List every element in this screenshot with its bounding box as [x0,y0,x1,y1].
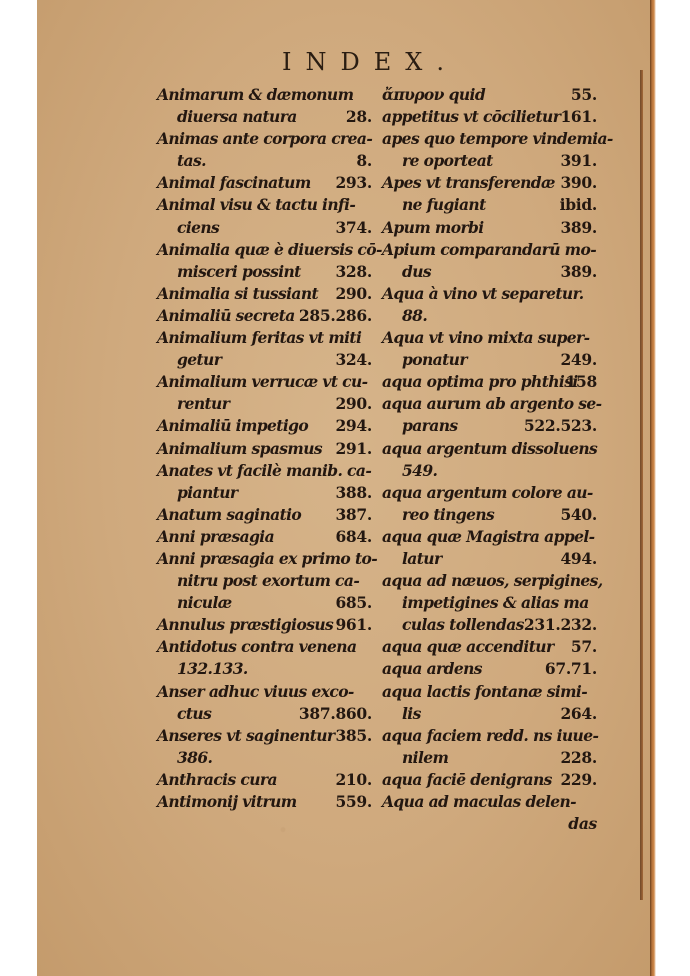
index-entry-line: ne fugiantibid. [382,194,597,216]
index-entry-text: Anthracis cura [157,769,277,791]
index-page-number: 559. [335,791,372,813]
index-entry-text: niculæ [177,592,232,614]
index-entry-line: Animas ante corpora crea- [157,128,372,150]
page-edge [650,0,656,976]
index-entry-text: aqua argentum dissoluens [382,438,597,460]
index-entry-text: lis [402,703,421,725]
index-entry-text: Apum morbi [382,217,484,239]
index-entry-text: appetitus vt cōcilietur [382,106,560,128]
index-entry-text: 132.133. [177,658,248,680]
index-page-number: 285.286. [299,305,372,327]
index-page-number: 249. [560,349,597,371]
index-entry-line: aqua faciem redd. ns iuue- [382,725,597,747]
index-entry-text: Animarum & dæmonum [157,84,353,106]
index-page-number: ibid. [560,194,597,216]
index-page-number: 229. [560,769,597,791]
index-page-number: 385. [335,725,372,747]
index-entry-text: Animalium feritas vt miti [157,327,361,349]
index-entry-text: aqua faciem redd. ns iuue- [382,725,598,747]
index-entry-text: piantur [177,482,237,504]
index-entry-text: ctus [177,703,211,725]
page-title: INDEX. [282,48,472,76]
index-entry-line: 386. [157,747,372,769]
index-entry-line: Anthracis cura210. [157,769,372,791]
index-entry-text: aqua argentum colore au- [382,482,593,504]
index-page-number: 210. [335,769,372,791]
index-entry-line: Animal fascinatum293. [157,172,372,194]
index-entry-text: Apes vt transferendæ [382,172,555,194]
index-entry-line: ctus387.860. [157,703,372,725]
index-entry-text: aqua ad næuos, serpigines, [382,570,603,592]
index-entry-line: Animalium verrucæ vt cu- [157,371,372,393]
index-page-number: 294. [335,415,372,437]
index-entry-text: re oporteat [402,150,493,172]
index-entry-text: Aqua vt vino mixta super- [382,327,589,349]
index-column-right: ἄπυρον quid55.appetitus vt cōcilietur161… [382,84,597,835]
index-page-number: 231.232. [524,614,597,636]
index-entry-text: aqua quæ Magistra appel- [382,526,594,548]
index-entry-text: culas tollendas [402,614,524,636]
index-entry-line: 88. [382,305,597,327]
index-entry-line: nitru post exortum ca- [157,570,372,592]
index-entry-line: latur494. [382,548,597,570]
index-entry-line: lis264. [382,703,597,725]
index-entry-line: Animalium feritas vt miti [157,327,372,349]
index-entry-line: Anates vt facilè manib. ca- [157,460,372,482]
index-entry-line: Apium comparandarū mo- [382,239,597,261]
index-entry-line: re oporteat391. [382,150,597,172]
index-column-left: Animarum & dæmonumdiuersa natura28.Anima… [157,84,372,813]
index-entry-text: Animas ante corpora crea- [157,128,372,150]
index-entry-line: Anseres vt saginentur385. [157,725,372,747]
index-entry-text: ἄπυρον quid [382,84,485,106]
index-entry-line: impetigines & alias ma [382,592,597,614]
index-entry-text: Anni præsagia ex primo to- [157,548,377,570]
index-entry-text: nilem [402,747,448,769]
index-entry-text: reo tingens [402,504,494,526]
index-page-number: 389. [560,217,597,239]
index-entry-line: Animalium spasmus291. [157,438,372,460]
index-entry-line: piantur388. [157,482,372,504]
index-entry-text: Anatum saginatio [157,504,301,526]
index-entry-line: ἄπυρον quid55. [382,84,597,106]
index-entry-text: ne fugiant [402,194,486,216]
index-entry-line: Apum morbi389. [382,217,597,239]
index-entry-line: Anser adhuc viuus exco- [157,681,372,703]
index-entry-line: aqua aurum ab argento se- [382,393,597,415]
index-page-number: 55. [571,84,597,106]
page-fold-shadow [640,70,643,900]
index-entry-line: Annulus præstigiosus961. [157,614,372,636]
index-page-number: 291. [335,438,372,460]
index-page-number: 290. [335,393,372,415]
index-page-number: 684. [335,526,372,548]
index-entry-text: Anser adhuc viuus exco- [157,681,354,703]
index-entry-line: Apes vt transferendæ390. [382,172,597,194]
index-page-number: 67.71. [545,658,597,680]
index-entry-text: Aqua à vino vt separetur. [382,283,584,305]
index-entry-line: 132.133. [157,658,372,680]
index-entry-text: Animalium spasmus [157,438,322,460]
index-page-number: 389. [560,261,597,283]
index-entry-text: Apium comparandarū mo- [382,239,596,261]
index-entry-line: Aqua ad maculas delen- [382,791,597,813]
index-page-number: 228. [560,747,597,769]
index-entry-text: Aqua ad maculas delen- [382,791,576,813]
index-page-number: 387. [335,504,372,526]
index-page-number: 685. [335,592,372,614]
index-page-number: 387.860. [299,703,372,725]
index-entry-line: ciens374. [157,217,372,239]
index-entry-text: tas. [177,150,206,172]
index-entry-text: Anates vt facilè manib. ca- [157,460,371,482]
index-page-number: 961. [335,614,372,636]
index-entry-line: nilem228. [382,747,597,769]
index-entry-text: 549. [402,460,437,482]
index-entry-line: apes quo tempore vindemia- [382,128,597,150]
index-entry-line: Antimonij vitrum559. [157,791,372,813]
index-entry-text: aqua faciē denigrans [382,769,552,791]
index-entry-line: tas.8. [157,150,372,172]
index-entry-line: Animalia quæ è diuersis cō- [157,239,372,261]
index-entry-text: Animal visu & tactu infi- [157,194,355,216]
index-entry-line: aqua argentum colore au- [382,482,597,504]
index-entry-line: Anni præsagia684. [157,526,372,548]
index-entry-line: getur324. [157,349,372,371]
index-entry-text: nitru post exortum ca- [177,570,359,592]
index-entry-line: niculæ685. [157,592,372,614]
index-entry-text: Animalia quæ è diuersis cō- [157,239,382,261]
index-entry-text: dus [402,261,431,283]
index-entry-line: Aqua à vino vt separetur. [382,283,597,305]
index-entry-text: impetigines & alias ma [402,592,589,614]
index-entry-line: misceri possint328. [157,261,372,283]
index-entry-line: dus389. [382,261,597,283]
index-entry-text: Animalium verrucæ vt cu- [157,371,368,393]
index-entry-line: Animalia si tussiant290. [157,283,372,305]
index-page-number: 540. [560,504,597,526]
index-entry-text: Animaliū secreta [157,305,295,327]
index-entry-text: Antimonij vitrum [157,791,297,813]
index-entry-line: aqua quæ Magistra appel- [382,526,597,548]
index-page-number: 324. [335,349,372,371]
index-entry-line: Anatum saginatio387. [157,504,372,526]
index-entry-text: aqua optima pro phthisi [382,371,578,393]
index-entry-text: Animalia si tussiant [157,283,318,305]
index-page-number: 328. [335,261,372,283]
index-entry-text: diuersa natura [177,106,297,128]
index-entry-line: ponatur249. [382,349,597,371]
index-entry-text: ponatur [402,349,467,371]
index-page-number: das [568,813,597,835]
index-entry-text: getur [177,349,221,371]
index-entry-line: Aqua vt vino mixta super- [382,327,597,349]
index-page-number: 57. [571,636,597,658]
index-page-number: 8. [356,150,372,172]
index-entry-text: Anni præsagia [157,526,274,548]
index-entry-text: Antidotus contra venena [157,636,356,658]
index-entry-line: culas tollendas231.232. [382,614,597,636]
index-page-number: 161. [560,106,597,128]
index-entry-text: aqua quæ accenditur [382,636,554,658]
index-entry-line: aqua ardens67.71. [382,658,597,680]
index-entry-text: Animaliū impetigo [157,415,308,437]
index-page-number: 158 [566,371,597,393]
index-entry-text: Annulus præstigiosus [157,614,333,636]
index-page-number: 290. [335,283,372,305]
index-page-number: 264. [560,703,597,725]
index-entry-text: 386. [177,747,212,769]
index-entry-text: ciens [177,217,219,239]
index-entry-line: Animal visu & tactu infi- [157,194,372,216]
index-entry-text: 88. [402,305,427,327]
index-entry-line: aqua faciē denigrans229. [382,769,597,791]
index-page-number: 494. [560,548,597,570]
index-entry-text: aqua aurum ab argento se- [382,393,602,415]
index-page-number: 390. [560,172,597,194]
index-entry-text: aqua ardens [382,658,482,680]
index-entry-line: aqua lactis fontanæ simi- [382,681,597,703]
index-entry-text: latur [402,548,442,570]
index-entry-text: rentur [177,393,229,415]
index-entry-line: aqua argentum dissoluens [382,438,597,460]
index-entry-line: Anni præsagia ex primo to- [157,548,372,570]
index-entry-text: aqua lactis fontanæ simi- [382,681,587,703]
index-entry-text: apes quo tempore vindemia- [382,128,613,150]
index-entry-text: Anseres vt saginentur [157,725,335,747]
index-entry-line: reo tingens540. [382,504,597,526]
index-entry-line: Animarum & dæmonum [157,84,372,106]
index-entry-line: rentur290. [157,393,372,415]
index-entry-line: Animaliū secreta285.286. [157,305,372,327]
index-entry-line: diuersa natura28. [157,106,372,128]
index-entry-line: das [382,813,597,835]
index-page-number: 391. [560,150,597,172]
index-entry-line: Animaliū impetigo294. [157,415,372,437]
index-page-number: 388. [335,482,372,504]
index-entry-line: appetitus vt cōcilietur161. [382,106,597,128]
index-entry-line: 549. [382,460,597,482]
index-entry-line: aqua quæ accenditur57. [382,636,597,658]
index-entry-text: misceri possint [177,261,301,283]
index-page-number: 293. [335,172,372,194]
index-page-number: 522.523. [524,415,597,437]
index-entry-line: Antidotus contra venena [157,636,372,658]
index-entry-text: parans [402,415,458,437]
index-entry-line: aqua ad næuos, serpigines, [382,570,597,592]
index-page-number: 28. [346,106,372,128]
index-entry-line: aqua optima pro phthisi158 [382,371,597,393]
index-entry-line: parans522.523. [382,415,597,437]
index-entry-text: Animal fascinatum [157,172,311,194]
index-page-number: 374. [335,217,372,239]
